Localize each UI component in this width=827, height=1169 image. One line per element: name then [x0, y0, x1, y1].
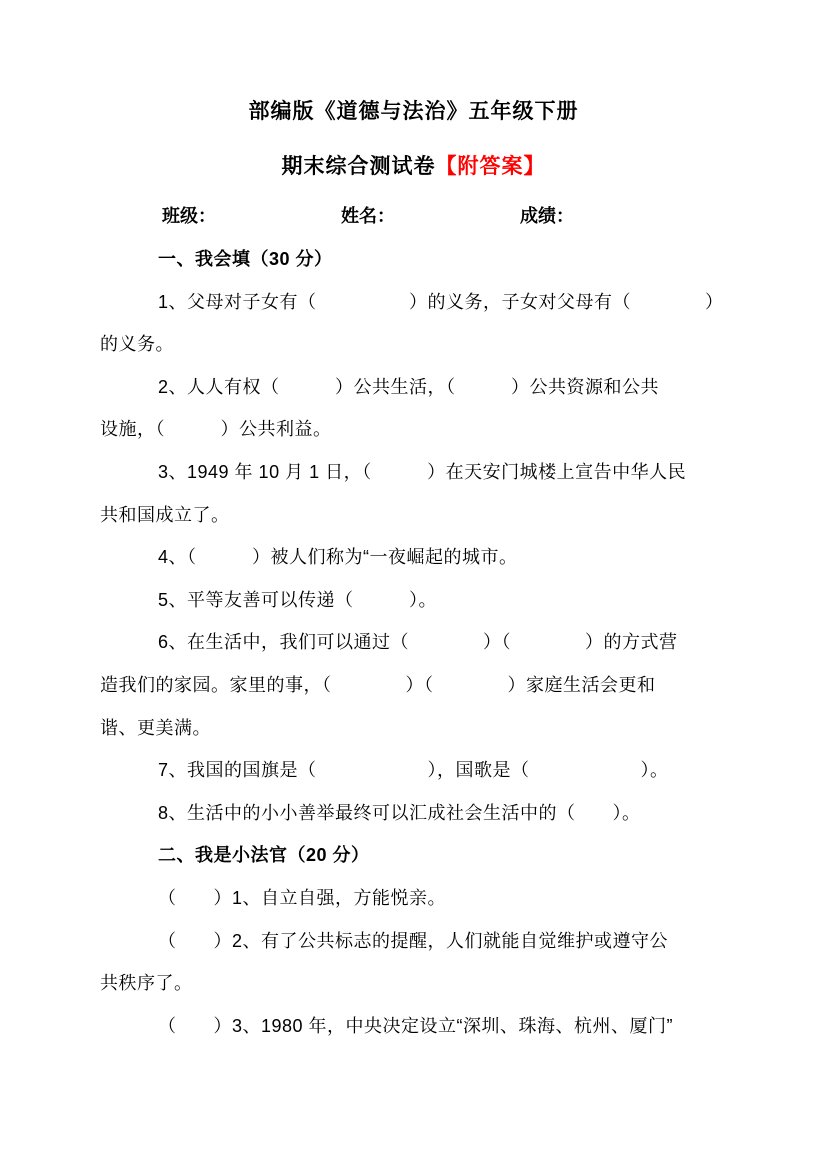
section-1-heading: 一、我会填（30 分） [100, 238, 727, 281]
name-label: 姓名： [341, 202, 395, 230]
judge-question-1: （ ）1、自立自强，方能悦亲。 [100, 877, 727, 920]
score-label: 成绩： [520, 202, 574, 230]
fill-question-6-line-1: 6、在生活中，我们可以通过（ ）（ ）的方式营 [100, 621, 727, 664]
subtitle-main-text: 期末综合测试卷 [282, 155, 436, 178]
fill-question-2-line-1: 2、人人有权（ ）公共生活，（ ）公共资源和公共 [100, 366, 727, 409]
fill-question-2-line-2: 设施，（ ）公共利益。 [100, 408, 727, 451]
answer-key-tag: 【附答案】 [436, 155, 546, 178]
fill-question-1-line-2: 的义务。 [100, 323, 727, 366]
fill-question-1-line-1: 1、父母对子女有（ ）的义务，子女对父母有（ ） [100, 281, 727, 324]
judge-question-2-line-1: （ ）2、有了公共标志的提醒，人们就能自觉维护或遵守公 [100, 920, 727, 963]
fill-question-3-line-1: 3、1949 年 10 月 1 日，（ ）在天安门城楼上宣告中华人民 [100, 451, 727, 494]
student-info-row: 班级： 姓名： 成绩： [0, 202, 827, 230]
document-title: 部编版《道德与法治》五年级下册 [0, 0, 827, 128]
fill-question-6-line-2: 造我们的家园。家里的事，（ ）（ ）家庭生活会更和 [100, 664, 727, 707]
fill-question-7: 7、我国的国旗是（ ），国歌是（ ）。 [100, 749, 727, 792]
fill-question-4: 4、（ ）被人们称为“一夜崛起的城市。 [100, 536, 727, 579]
exam-body: 一、我会填（30 分） 1、父母对子女有（ ）的义务，子女对父母有（ ） 的义务… [100, 238, 727, 1047]
fill-question-8: 8、生活中的小小善举最终可以汇成社会生活中的（ ）。 [100, 792, 727, 835]
judge-question-2-line-2: 共秩序了。 [100, 962, 727, 1005]
judge-question-3: （ ）3、1980 年，中央决定设立“深圳、珠海、杭州、厦门” [100, 1005, 727, 1048]
exam-document-page: 部编版《道德与法治》五年级下册 期末综合测试卷【附答案】 班级： 姓名： 成绩：… [0, 0, 827, 1169]
fill-question-6-line-3: 谐、更美满。 [100, 707, 727, 750]
section-2-heading: 二、我是小法官（20 分） [100, 834, 727, 877]
document-subtitle: 期末综合测试卷【附答案】 [0, 152, 827, 182]
fill-question-5: 5、平等友善可以传递（ ）。 [100, 579, 727, 622]
class-label: 班级： [162, 202, 216, 230]
fill-question-3-line-2: 共和国成立了。 [100, 494, 727, 537]
